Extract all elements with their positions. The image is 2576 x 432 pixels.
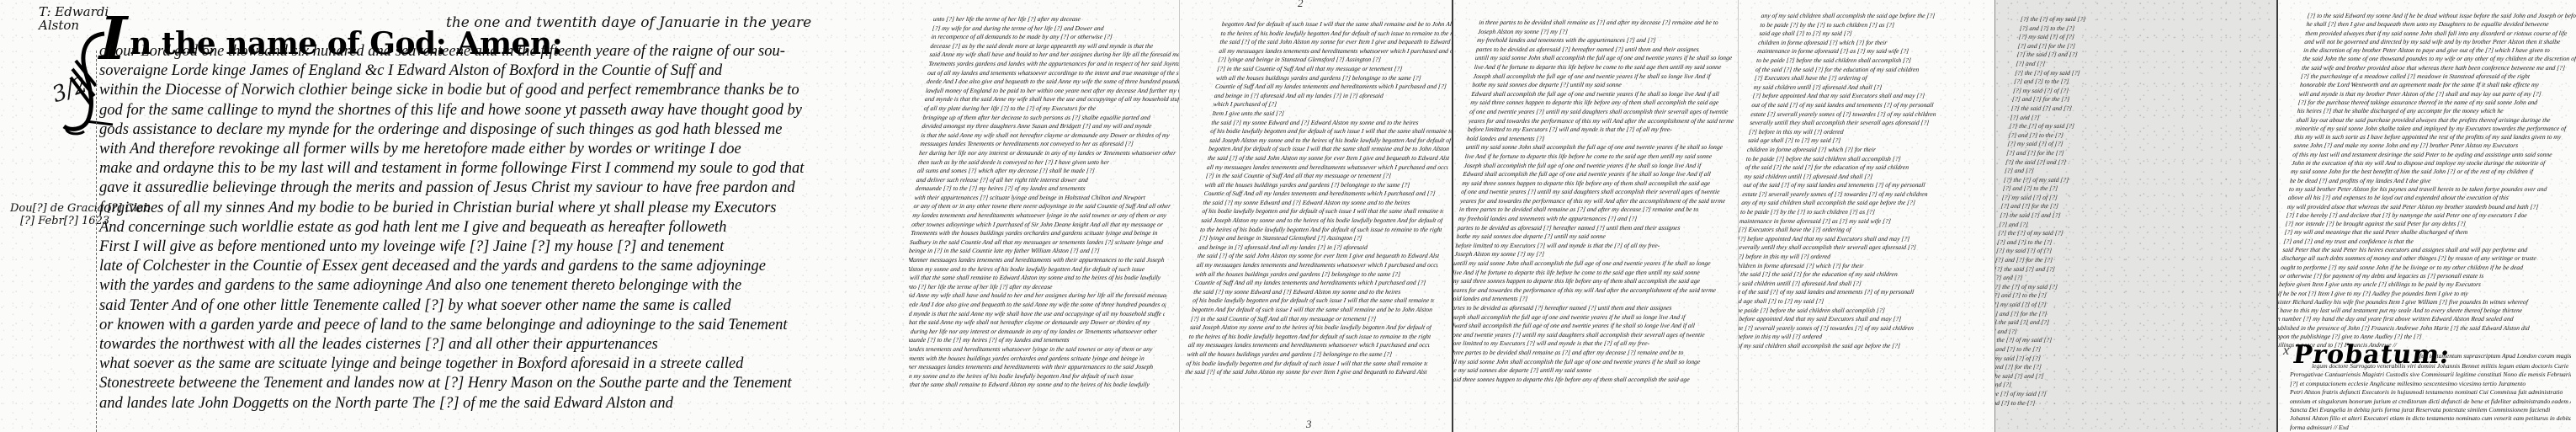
line: [?] the said [?] and [?] [1995, 265, 2259, 275]
line: and mynde is that the said Anne my wife … [924, 95, 1180, 104]
page-1-first-line-tail: the one and twentith daye of Januarie in… [446, 14, 811, 31]
line: decease [?] as by the said deede more at… [930, 42, 1180, 51]
page-7: [?] to the said Edward my sonne And if h… [2278, 0, 2576, 432]
line: the said wife and brother provided alsoe… [2302, 64, 2576, 72]
line: Sudbury in the said Countie And all that… [909, 238, 1172, 248]
line: [?] and [?] for the [?] [1995, 363, 2249, 372]
line: Joseph Alston my sonne [?] my [?] [1454, 250, 1724, 259]
line: soveraigne Lorde kinge James of England … [99, 61, 882, 81]
line: live And if he fortune to departe this l… [1453, 269, 1723, 278]
line: [?] the purchasinge of a meadowe called … [2300, 72, 2576, 81]
line: Countie of Suff And all my landes teneme… [1194, 279, 1437, 288]
line: partes to be devided as aforesaid [?] he… [1475, 45, 1738, 55]
left-ruled-margin [96, 51, 98, 432]
line: minoritie of my said sonne John shalbe t… [2295, 125, 2573, 133]
line: and beinge in [?] aforesaid And all my l… [1214, 92, 1452, 101]
line: [?] in the said Countie of Suff And all … [1217, 65, 1452, 74]
line: of one and twentie yeares [?] untill my … [1461, 188, 1731, 197]
line: Manner messuages landes tenements and he… [909, 256, 1171, 265]
line: deede And I doe also give and bequeath t… [909, 301, 1166, 310]
line: [?] and [?] for the [?] [1995, 310, 2255, 319]
line: Countie of Suff And all my landes teneme… [1203, 189, 1446, 199]
line: [?] the [?] of my said [?] [1995, 283, 2257, 292]
line: the said [?] my sonne Edward and [?] Edw… [1203, 199, 1445, 208]
line: Edward shall accomplish the full age of … [1463, 170, 1733, 179]
line: live And if he fortune to departe this l… [1474, 63, 1738, 72]
line: [?] and [?] for the [?] [2006, 149, 2271, 158]
line: [?] lyinge and beinge in Stanstead Glems… [1218, 56, 1452, 65]
page-3-body: begotten And for default of such issue I… [1185, 20, 1452, 377]
line: [?] the [?] of my said [?] [1998, 229, 2263, 238]
line: published in the presence of John [?] Fr… [2278, 324, 2552, 333]
line: the said [?] my sonne Edward and [?] Edw… [1211, 119, 1452, 128]
line: or knowen with a garden yarde and peece … [99, 316, 882, 335]
page-5: any of my said children shall accomplish… [1739, 0, 1994, 432]
line: [?] my said [?] of [?] [2012, 87, 2276, 96]
line: [?] the [?] of my said [?] [2020, 15, 2276, 24]
line: [?] my said [?] of [?] [1995, 355, 2249, 364]
line: [?] before appointed And that my said Ex… [1739, 315, 1973, 324]
line: [?] for the purchase thereof takinge ass… [2297, 99, 2576, 107]
line: and deliver such release [?] of all her … [916, 176, 1179, 185]
line: Alston my sonne and to the heires of his… [909, 265, 1170, 275]
line: forgivenes of all my sinnes And my bodie… [99, 199, 882, 218]
line: I will that the same shall remaine to Ed… [909, 274, 1169, 283]
line: [?] and [?] for the [?] [1995, 256, 2260, 265]
probate-margin-mark: x [2283, 344, 2289, 359]
line: with all the houses buildings yardes and… [1215, 74, 1452, 83]
line: said Anne my wife shall have and hould t… [929, 51, 1180, 60]
line: unto [?] her life the terme of her life … [932, 15, 1180, 24]
line: [?] the said [?] and [?] [2016, 51, 2276, 60]
manuscript-strip: T: Edwardi Alston 3/2 Dou[?] de Gracia [… [0, 0, 2576, 432]
line: with all the houses buildings yardes and… [1187, 350, 1429, 360]
line: Joseph shall accomplish the full age of … [1473, 72, 1738, 82]
line: Edward shall accomplish the full age of … [1453, 322, 1717, 331]
line: her during her life nor any interest or … [909, 328, 1163, 337]
page-1: T: Edwardi Alston 3/2 Dou[?] de Gracia [… [0, 0, 909, 432]
line: unto [?] her life the terme of her life … [909, 283, 1168, 292]
line: untill my said sonne John shall accompli… [1465, 143, 1735, 152]
line: out of the said [?] of my said landes an… [1743, 181, 1988, 190]
line: Joseph shall accomplish the full age of … [1453, 313, 1718, 323]
line: said age shall [?] to [?] my said [?] [1759, 29, 1994, 39]
line: is that the said Anne my wife shall not … [921, 131, 1180, 141]
line: [?] and [?] [1995, 274, 2258, 283]
line: any of my said children shall accomplish… [1741, 199, 1986, 208]
line: said Joseph Alston my sonne and to the h… [1209, 136, 1452, 146]
line: untill my said sonne John shall accompli… [1453, 259, 1724, 269]
line: hold landes and tenements [?] [1466, 135, 1736, 144]
line: lawfull money of England to be paid to h… [925, 87, 1180, 96]
line: to be paide [?] by the [?] to such child… [1760, 21, 1994, 30]
line: Petri Alston fratris defuncti Executoris… [2290, 388, 2571, 397]
line: estate [?] severall yearely somes of [?]… [1739, 324, 1973, 333]
line: my will provided alsoe that whereas the … [2287, 203, 2565, 211]
line: before limitted to my Executors [?] will… [1467, 125, 1737, 135]
line: [?] the [?] of my said [?] [2003, 176, 2268, 185]
line: said Tenter And of one other little Tene… [99, 296, 882, 316]
line: [?] I doe hereby [?] and declare that [?… [2286, 211, 2564, 220]
line: in three partes to be devided shall rema… [1453, 349, 1714, 358]
line: demaunde [?] to the [?] my heires [?] of… [909, 336, 1162, 345]
line: [?] before in this my will [?] ordered [1739, 333, 1972, 342]
line: of his bodie lawfully begotten and for d… [1202, 207, 1444, 216]
line: in the discretion of my brother Peter Al… [2303, 46, 2576, 55]
line: any of my said children shall accomplish… [1739, 342, 1971, 351]
line: Stonestreete betweene the Tenement and l… [99, 374, 882, 393]
line: ought to performe [?] my said sonne John… [2281, 264, 2559, 272]
line: hold landes and tenements [?] [1453, 295, 1719, 304]
line: [?] to the said Edward my sonne And if h… [2307, 12, 2576, 20]
line: late of Colchester in the Countie of Ess… [99, 257, 882, 276]
line: other townes adioyninge which I purchase… [911, 221, 1175, 230]
line: my said children untill [?] aforesaid An… [1744, 173, 1989, 182]
line: [?] and [?] [2016, 60, 2276, 69]
line: any of my said children shall accomplish… [1761, 12, 1994, 21]
line: of the said [?] the said [?] for the edu… [1755, 66, 1994, 75]
line: messuages landes Tenements or hereditame… [920, 140, 1180, 149]
line: [?] my wife for and during the terme of … [932, 24, 1180, 34]
line: yeares for and towardes the performance … [1468, 117, 1738, 126]
line: beinge in [?] in the said Countie late m… [909, 247, 1171, 256]
line: [?] Executors shall have the [?] orderin… [1739, 226, 1983, 235]
line: my landes tenements and hereditaments wh… [912, 211, 1176, 221]
line: with the yardes and gardens to the same … [99, 276, 882, 296]
line: gods assistance to declare my mynde for … [99, 120, 882, 140]
line: of his bodie lawfully begotten and for d… [1186, 360, 1428, 369]
line: [?] and [?] to the [?] [1995, 345, 2250, 355]
line: honorable the Lord Wentworth and an agre… [2299, 81, 2576, 89]
line: [?] my said [?] of [?] [2001, 194, 2266, 203]
line: Sancta Dei Evangelia in debita juris for… [2290, 406, 2571, 414]
line: [?] and [?] for the [?] [2017, 42, 2276, 51]
line: [?] and [?] and my trust and confidence … [2283, 237, 2562, 246]
line: or otherwise [?] for payment of my debts… [2280, 272, 2558, 280]
page-3: 2 begotten And for default of such issue… [1180, 0, 1452, 432]
line: with all the houses buildings yardes and… [1195, 270, 1437, 280]
page-mark-bottom: 3 [1306, 418, 1312, 431]
line: he be dead [?] and profitts of my landes… [2289, 177, 2568, 185]
page-6: [?] the [?] of my said [?] [?] and [?] t… [1995, 0, 2276, 432]
line: [?] the said [?] and [?] [2005, 158, 2271, 168]
line: [?] my said [?] of [?] [1995, 301, 2255, 310]
line: all my messuages landes tenements and he… [1187, 341, 1430, 350]
line: [?] my said [?] of [?] [2018, 33, 2276, 42]
line: begotten And for default of such issue I… [1192, 306, 1434, 315]
line: is that the said Anne my wife shall not … [909, 318, 1165, 328]
line: to the heires of his bodie lawfully bego… [1200, 226, 1442, 235]
line: legum doctore Surrogato venerabilis viri… [2290, 362, 2571, 371]
line: discharge all such debts sommes of money… [2281, 254, 2560, 263]
line: [?] in the said Countie of Suff And all … [1205, 172, 1447, 181]
line: begotten And for default of such issue I… [1221, 20, 1452, 29]
line: [?] and [?] [2010, 114, 2275, 123]
line: live And if he fortune to departe this l… [1464, 152, 1734, 162]
line: Alston my sonne and to the heires of his… [909, 372, 1159, 381]
line: in three partes to be devided shall rema… [1479, 19, 1738, 28]
line: [?] the [?] of my said [?] [2009, 122, 2274, 131]
page-6-body: [?] the [?] of my said [?] [?] and [?] t… [1995, 15, 2276, 408]
line: Manner messuages landes tenements and he… [909, 363, 1160, 372]
line: [?] and [?] to the [?] [2014, 77, 2276, 87]
line: yeares for and towardes the performance … [1453, 286, 1720, 296]
line: all my messuages landes tenements and he… [1196, 261, 1438, 270]
line: partes to be devided as aforesaid [?] he… [1453, 304, 1718, 313]
line: [?] before appointed And that my said Ex… [1739, 235, 1982, 244]
line: and landes late John Doggetts on the Nor… [99, 394, 882, 413]
line: sister Richard Audley his wife five poun… [2278, 298, 2555, 307]
page-mark-top: 2 [1298, 0, 1304, 10]
line: Item I give unto the said [?] [1212, 109, 1452, 119]
line: demaunde [?] to the [?] my heires [?] of… [915, 184, 1178, 194]
line: said Joseph Alston my sonne and to the h… [1201, 216, 1443, 226]
line: of our Lord god one thowsand six hundred… [99, 42, 882, 61]
line: maintenance in forme aforesaid [?] as [?… [1739, 217, 1984, 227]
line: in recompence of all demaunds to be made… [931, 33, 1180, 42]
line: before limitted to my Executors [?] will… [1455, 242, 1725, 251]
line: [?] and [?] [2004, 167, 2269, 176]
page-1-body: of our Lord god one thowsand six hundred… [99, 42, 882, 413]
line: and will not be governed and directed by… [2304, 38, 2576, 46]
page-2: unto [?] her life the terme of her life … [909, 0, 1180, 432]
line: [?] the [?] of my said [?] [2015, 69, 2276, 78]
line: which I purchased of [?] [1213, 100, 1452, 109]
line: said age shall [?] to [?] my said [?] [1747, 136, 1992, 146]
line: my said children untill [?] aforesaid An… [1739, 280, 1978, 289]
line: my said sonne John for the best benefitt… [2291, 168, 2569, 176]
line: the said [?] of the said John Alston my … [1197, 252, 1439, 261]
line: will and mynde is that my brother Peter … [2298, 90, 2576, 99]
line: forma admissuri // Exd [2290, 424, 2571, 432]
line: [?] and [?] [1995, 328, 2253, 337]
line: Tenements with the houses buildings yard… [911, 229, 1174, 238]
line: maintenance in forme aforesaid [?] as [?… [1757, 47, 1994, 56]
line: this my will in such sorte as I have bef… [2294, 133, 2573, 141]
line: Johanni Alston filio et alteri Executori… [2290, 414, 2571, 423]
line: [?] the [?] of my said [?] [1995, 390, 2246, 399]
line: [?] and [?] to the [?] [1997, 238, 2262, 248]
line: [?] and [?] [1995, 381, 2247, 390]
line: I have to this my last will and testamen… [2278, 307, 2554, 315]
line: John in the execution of this my will An… [2292, 159, 2570, 168]
line: of this my last will and testament desir… [2292, 151, 2571, 159]
line: my said three sonnes happen to departe t… [1453, 376, 1711, 385]
line: [?] and [?] to the [?] [1995, 399, 2245, 408]
line: to the heires of his bodie lawfully bego… [1188, 333, 1431, 342]
line: [?] and [?] to the [?] [2002, 184, 2267, 194]
line: before limitted to my Executors [?] will… [1453, 339, 1715, 349]
line: of the said [?] the said [?] for the edu… [1739, 270, 1978, 280]
line: children in forme aforesaid [?] which [?… [1746, 146, 1991, 155]
line: [?] and [?] for the [?] [2000, 202, 2265, 211]
line: of the said [?] the said [?] for the edu… [1745, 163, 1989, 173]
line: gave it assuredlie believinge through th… [99, 179, 882, 198]
line: of all my plate during her life [?] to t… [923, 104, 1180, 114]
line: Edward shall accomplish the full age of … [1471, 90, 1738, 99]
page-4-body: in three partes to be devided shall rema… [1453, 19, 1738, 384]
line: the said [?] of the said John Alston my … [1185, 368, 1427, 377]
line: [?] and [?] to the [?] [2019, 24, 2276, 34]
line: said Anne my wife shall have and hould t… [909, 291, 1167, 301]
page-5-body: any of my said children shall accomplish… [1739, 12, 1994, 351]
page-7-body: [?] to the said Edward my sonne And if h… [2278, 12, 2576, 350]
line: [?] the said [?] and [?] [2000, 211, 2265, 221]
line: to be paide [?] by the [?] to such child… [1740, 208, 1985, 217]
line: his heires [?] that he shalbe discharged… [2297, 107, 2575, 115]
page-2-body: unto [?] her life the terme of her life … [909, 15, 1180, 390]
line: [?] before in this my will [?] ordered [1739, 253, 1980, 262]
line: them provided alwayes that if my said so… [2305, 29, 2576, 38]
line: severally untill they shall accomplish t… [1750, 119, 1994, 128]
line: out of the said [?] of my said landes an… [1751, 101, 1994, 110]
line: yeares for and towardes the performance … [1459, 197, 1729, 206]
line: he shall [?] then I give and bequeath th… [2306, 20, 2576, 29]
line: bothe my said sonnes doe departe [?] unt… [1472, 81, 1738, 90]
line: [?] nor intende [?] be brought against t… [2285, 220, 2563, 228]
line: if he be not [?] Item I give to my [?] A… [2278, 290, 2556, 298]
line: begotten And for default of such issue I… [1208, 145, 1451, 154]
line: my said three sonnes happen to departe t… [1470, 99, 1738, 108]
line: said Peter that the said Peter his heire… [2282, 246, 2561, 254]
line: in three partes to be devided shall rema… [1458, 205, 1729, 215]
line: with all the houses buildings yardes and… [1204, 181, 1447, 190]
line: the said [?] of the said John Alston my … [1207, 154, 1449, 163]
line: [?] before in this my will [?] ordered [1749, 128, 1994, 137]
line: severally untill they shall accomplish t… [1739, 243, 1981, 253]
line: to be paide [?] before the said children… [1739, 307, 1974, 316]
line: fuit testamentum suprascriptum Apud Lond… [2419, 352, 2571, 360]
line: untill my said sonne John shall accompli… [1474, 54, 1738, 63]
line: [?] my said [?] of [?] [1995, 247, 2260, 256]
line: to the heires of his bodie lawfully bego… [1220, 29, 1452, 39]
line: with And therefore revokinge all former … [99, 140, 882, 159]
line: bothe my said sonnes doe departe [?] unt… [1453, 366, 1712, 376]
line: Joseph Alston my sonne [?] my [?] [1478, 28, 1738, 37]
line: of his bodie lawfully begotten and for d… [1210, 127, 1452, 136]
line: First I will give as before mentioned un… [99, 237, 882, 257]
line: in number [?] my hand the day and yeare … [2278, 315, 2553, 323]
page-4: in three partes to be devided shall rema… [1453, 0, 1738, 432]
line: [?] and [?] for the [?] [2011, 95, 2276, 104]
line: Prerogativae Cantuariensis Magistri Cust… [2290, 371, 2571, 379]
line: estate [?] severall yearely somes of [?]… [1750, 110, 1994, 120]
line: my said children untill [?] aforesaid An… [1753, 83, 1994, 93]
line: [?] the [?] of my said [?] [1995, 336, 2251, 345]
line: omnium et singulorum bonorum jurium et c… [2290, 397, 2571, 406]
line: all sums and somes [?] which after my de… [916, 167, 1180, 176]
line: [?] the said [?] and [?] [1995, 372, 2248, 381]
line: her during her life nor any interest or … [919, 149, 1180, 158]
line: And concerninge such worldlie estate as … [99, 218, 882, 237]
line: of his bodie lawfully begotten and for d… [1192, 296, 1435, 306]
line: partes to be devided as aforesaid [?] he… [1457, 224, 1727, 233]
line: shall lay out about the said purchase pr… [2296, 116, 2574, 125]
line: of one and twentie yeares [?] untill my … [1469, 108, 1738, 117]
line: or any of them or in any other towne the… [913, 202, 1176, 211]
line: I will that the same shall remaine to Ed… [909, 381, 1158, 390]
line: all my messuages landes tenements and he… [1219, 47, 1452, 56]
line: [?] the said [?] and [?] [1995, 318, 2254, 328]
line: within the Diocesse of Norwich clothier … [99, 81, 882, 100]
line: [?] my will and meaninge that the said P… [2284, 228, 2563, 237]
line: children in forme aforesaid [?] which [?… [1739, 262, 1979, 271]
line: make and ordayne this to be my last will… [99, 159, 882, 179]
line: bringinge up of them after her decease t… [922, 114, 1180, 123]
line: Tenements with the houses buildings yard… [909, 355, 1161, 364]
line: [?] et computacionem ecclesie Anglicane … [2290, 380, 2571, 388]
line: estate [?] severall yearely somes of [?]… [1742, 190, 1987, 200]
line: Tenements yardes gardens and landes with… [928, 60, 1180, 69]
line-text: the one and twentith daye of Januarie in… [446, 14, 811, 31]
line: bothe my said sonnes doe departe [?] unt… [1456, 232, 1726, 242]
line: then such as by the said deede is convey… [917, 158, 1180, 168]
line: devided amongst my three daughters Anne … [922, 122, 1180, 131]
line: said Joseph Alston my sonne and to the h… [1189, 323, 1431, 333]
line: to be paide [?] before the said children… [1745, 155, 1990, 164]
footer-mark-text: 3 [1306, 418, 1312, 430]
line: my landes tenements and hereditaments wh… [909, 345, 1161, 355]
line: said age shall [?] to [?] my said [?] [1739, 297, 1976, 307]
line: [?] and [?] to the [?] [2008, 131, 2273, 141]
line: my freehold landes and tenements with th… [1458, 215, 1728, 224]
line: out of the said [?] of my said landes an… [1739, 288, 1977, 297]
line: my said three sonnes happen to departe t… [1453, 277, 1722, 286]
line: children in forme aforesaid [?] which [?… [1758, 39, 1994, 48]
line: towardes the northwest with all the lead… [99, 335, 882, 355]
page-mark-text: 2 [1298, 0, 1304, 9]
line: sonne John [?] and make my sonne John an… [2293, 141, 2572, 150]
line: to my said brother Peter Alston for his … [2288, 185, 2567, 194]
line: [?] my said [?] of [?] [2007, 140, 2272, 149]
line: with their appurtenances [?] scituate ly… [914, 194, 1177, 203]
line: of one and twentie yeares [?] untill my … [1453, 331, 1716, 340]
line: what soever as the same are scituate lyi… [99, 355, 882, 374]
line: before given Item I give unto my uncle [… [2278, 280, 2557, 289]
line: Countie of Suff And all my landes teneme… [1214, 83, 1452, 92]
line: and beinge in [?] aforesaid And all my l… [1198, 243, 1440, 253]
probate-clause: legum doctore Surrogato venerabilis viri… [2290, 362, 2571, 432]
line: out of all my landes and tenements whats… [927, 69, 1180, 78]
line: deede And I doe also give and bequeath t… [926, 77, 1180, 87]
line: [?] in the said Countie of Suff And all … [1190, 315, 1432, 324]
line: the said [?] of the said John Alston my … [1219, 38, 1452, 47]
line: above all his [?] and expenses to be lay… [2287, 194, 2566, 202]
line: [?] and [?] to the [?] [1995, 291, 2256, 301]
line: [?] before appointed And that my said Ex… [1752, 92, 1994, 101]
margin-mark-text: x [2283, 344, 2289, 358]
line: Joseph shall accomplish the full age of … [1463, 162, 1734, 171]
line: [?] and [?] [1999, 221, 2264, 230]
line: my said three sonnes happen to departe t… [1462, 179, 1732, 189]
line: all my messuages landes tenements and he… [1206, 163, 1448, 173]
line: my freehold landes and tenements with th… [1476, 36, 1738, 45]
line: [?] Executors shall have the [?] orderin… [1754, 74, 1994, 83]
line: and mynde is that the said Anne my wife … [909, 310, 1166, 319]
line: god for the same callinge to mynd the sh… [99, 101, 882, 120]
line: to be paide [?] before the said children… [1755, 56, 1994, 66]
line: the said John the some of one thowsand p… [2302, 55, 2576, 63]
probate-clause-first-line: fuit testamentum suprascriptum Apud Lond… [2419, 352, 2571, 360]
line: [?] lyinge and beinge in Stanstead Glems… [1198, 234, 1441, 243]
line: [?] the said [?] and [?] [2010, 104, 2276, 114]
line: untill my said sonne John shall accompli… [1453, 358, 1713, 367]
line: the said [?] my sonne Edward and [?] Edw… [1193, 288, 1436, 297]
